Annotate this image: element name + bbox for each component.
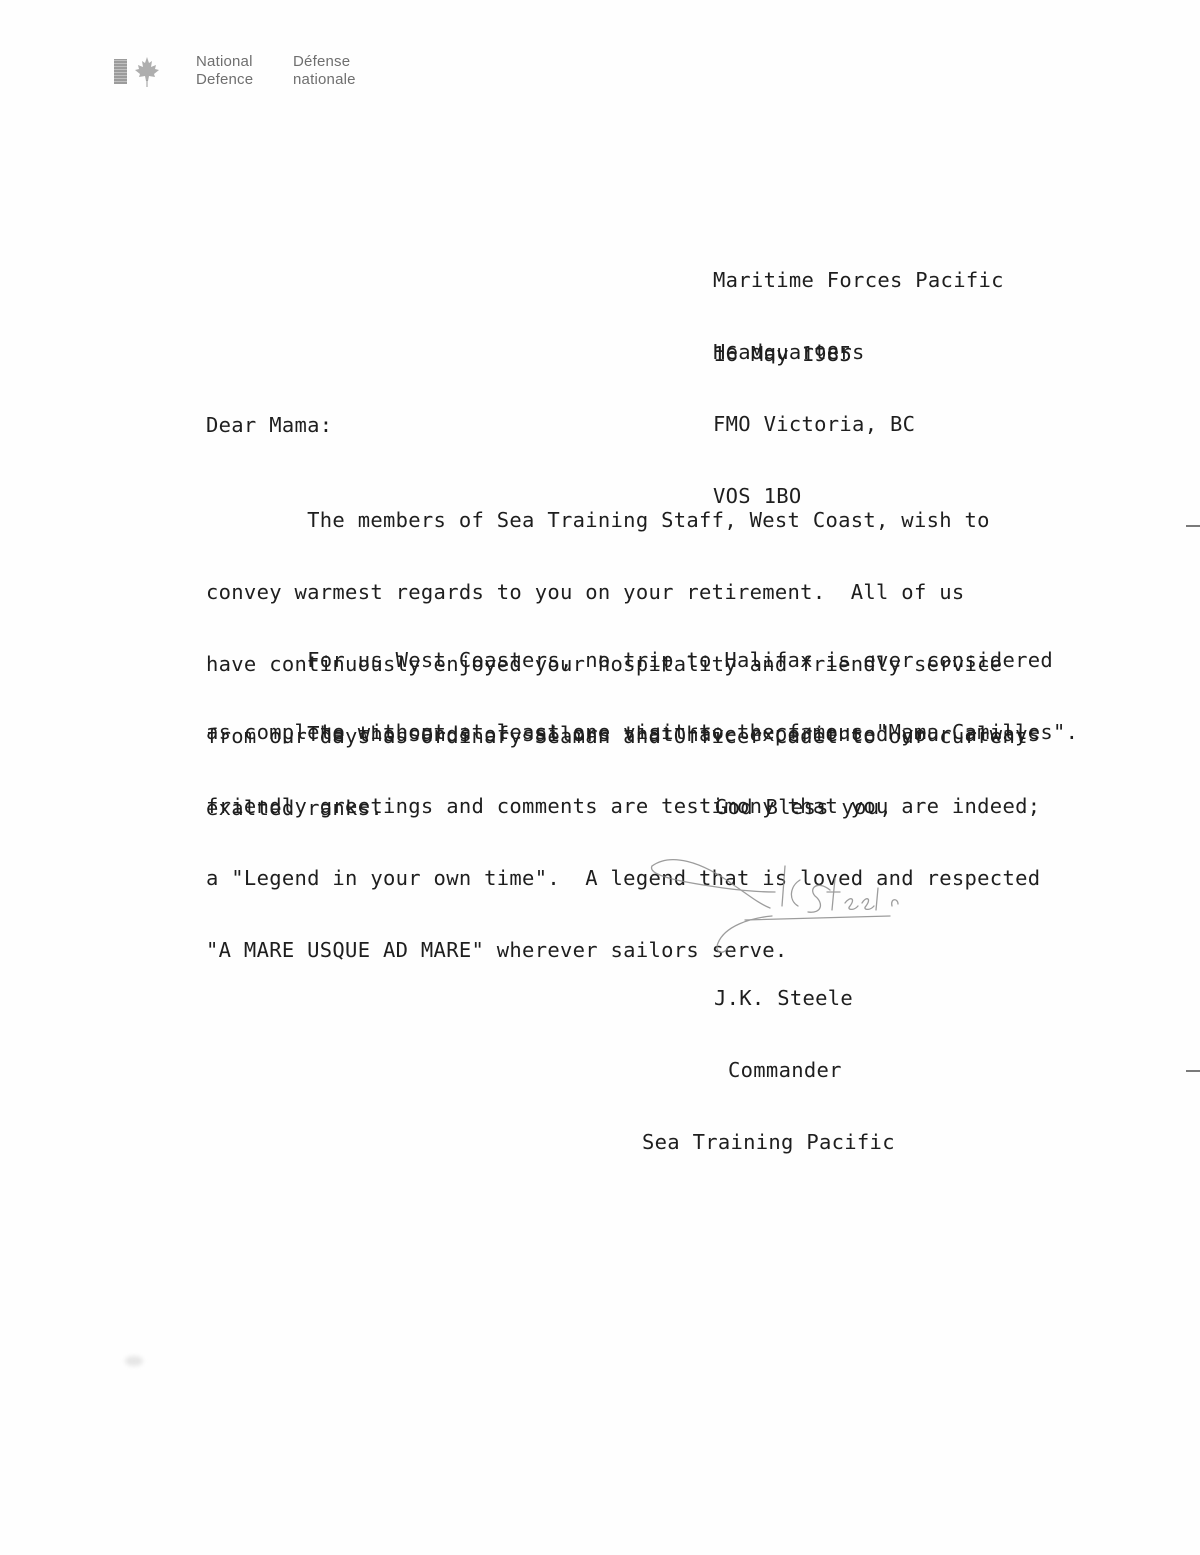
department-name-english: National Defence (196, 53, 253, 89)
flag-bar-icon (114, 59, 127, 84)
letter-page: National Defence Défense nationale Marit… (0, 0, 1200, 1555)
signature-block: J.K. Steele Commander Sea Training Pacif… (642, 938, 895, 1202)
fold-mark (1186, 525, 1200, 527)
salutation: Dear Mama: (206, 413, 332, 437)
letter-date: 16 May 1985 (713, 342, 852, 366)
fold-mark (1186, 1070, 1200, 1072)
body-paragraph-3: The thousands of sailors that have exper… (206, 674, 1040, 1010)
signer-name: J.K. Steele (642, 986, 895, 1010)
signer-unit: Sea Training Pacific (642, 1130, 895, 1154)
department-name-french: Défense nationale (293, 53, 356, 89)
closing: God Bless you, (715, 795, 892, 819)
signer-rank: Commander (642, 1058, 895, 1082)
paper-smudge (125, 1356, 143, 1366)
maple-leaf-icon (134, 56, 160, 88)
